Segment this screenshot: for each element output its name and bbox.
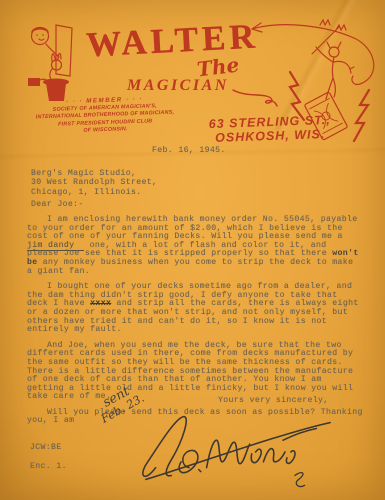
letter-date: Feb. 16, 1945. bbox=[152, 146, 226, 155]
paragraph-1: I am enclosing herewith bank money order… bbox=[27, 216, 363, 276]
closing-line: Yours very sincerely, bbox=[218, 396, 329, 405]
underline-swash-icon bbox=[232, 86, 278, 113]
member-block: · · · MEMBER · · · SOCIETY OF AMERICAN M… bbox=[25, 94, 184, 137]
recipient-line: 30 West Randolph Street, bbox=[31, 178, 157, 187]
magician-rabbit-hat-icon bbox=[26, 22, 92, 108]
recipient-address: Berg's Magic Studio, 30 West Randolph St… bbox=[31, 169, 157, 197]
recipient-line: Berg's Magic Studio, bbox=[31, 169, 157, 178]
signature bbox=[138, 406, 334, 500]
salutation: Dear Joe:- bbox=[31, 200, 84, 209]
letterhead-magician: MAGICIAN bbox=[127, 77, 229, 95]
letterhead-address: 63 STERLING ST., OSHKOSH, WIS. bbox=[190, 113, 351, 146]
paragraph-3: And Joe, when you send me the deck, be s… bbox=[27, 342, 363, 402]
paragraph-2: I bought one of your decks sometime ago … bbox=[27, 283, 363, 335]
recipient-line: Chicago, 1, Illinois. bbox=[31, 188, 157, 197]
letter-page: WALTER The MAGICIAN · · · MEMBER · · · S… bbox=[0, 0, 385, 500]
typist-initials: JCW:BE bbox=[30, 443, 62, 452]
enclosure-note: Enc. 1. bbox=[30, 462, 67, 471]
